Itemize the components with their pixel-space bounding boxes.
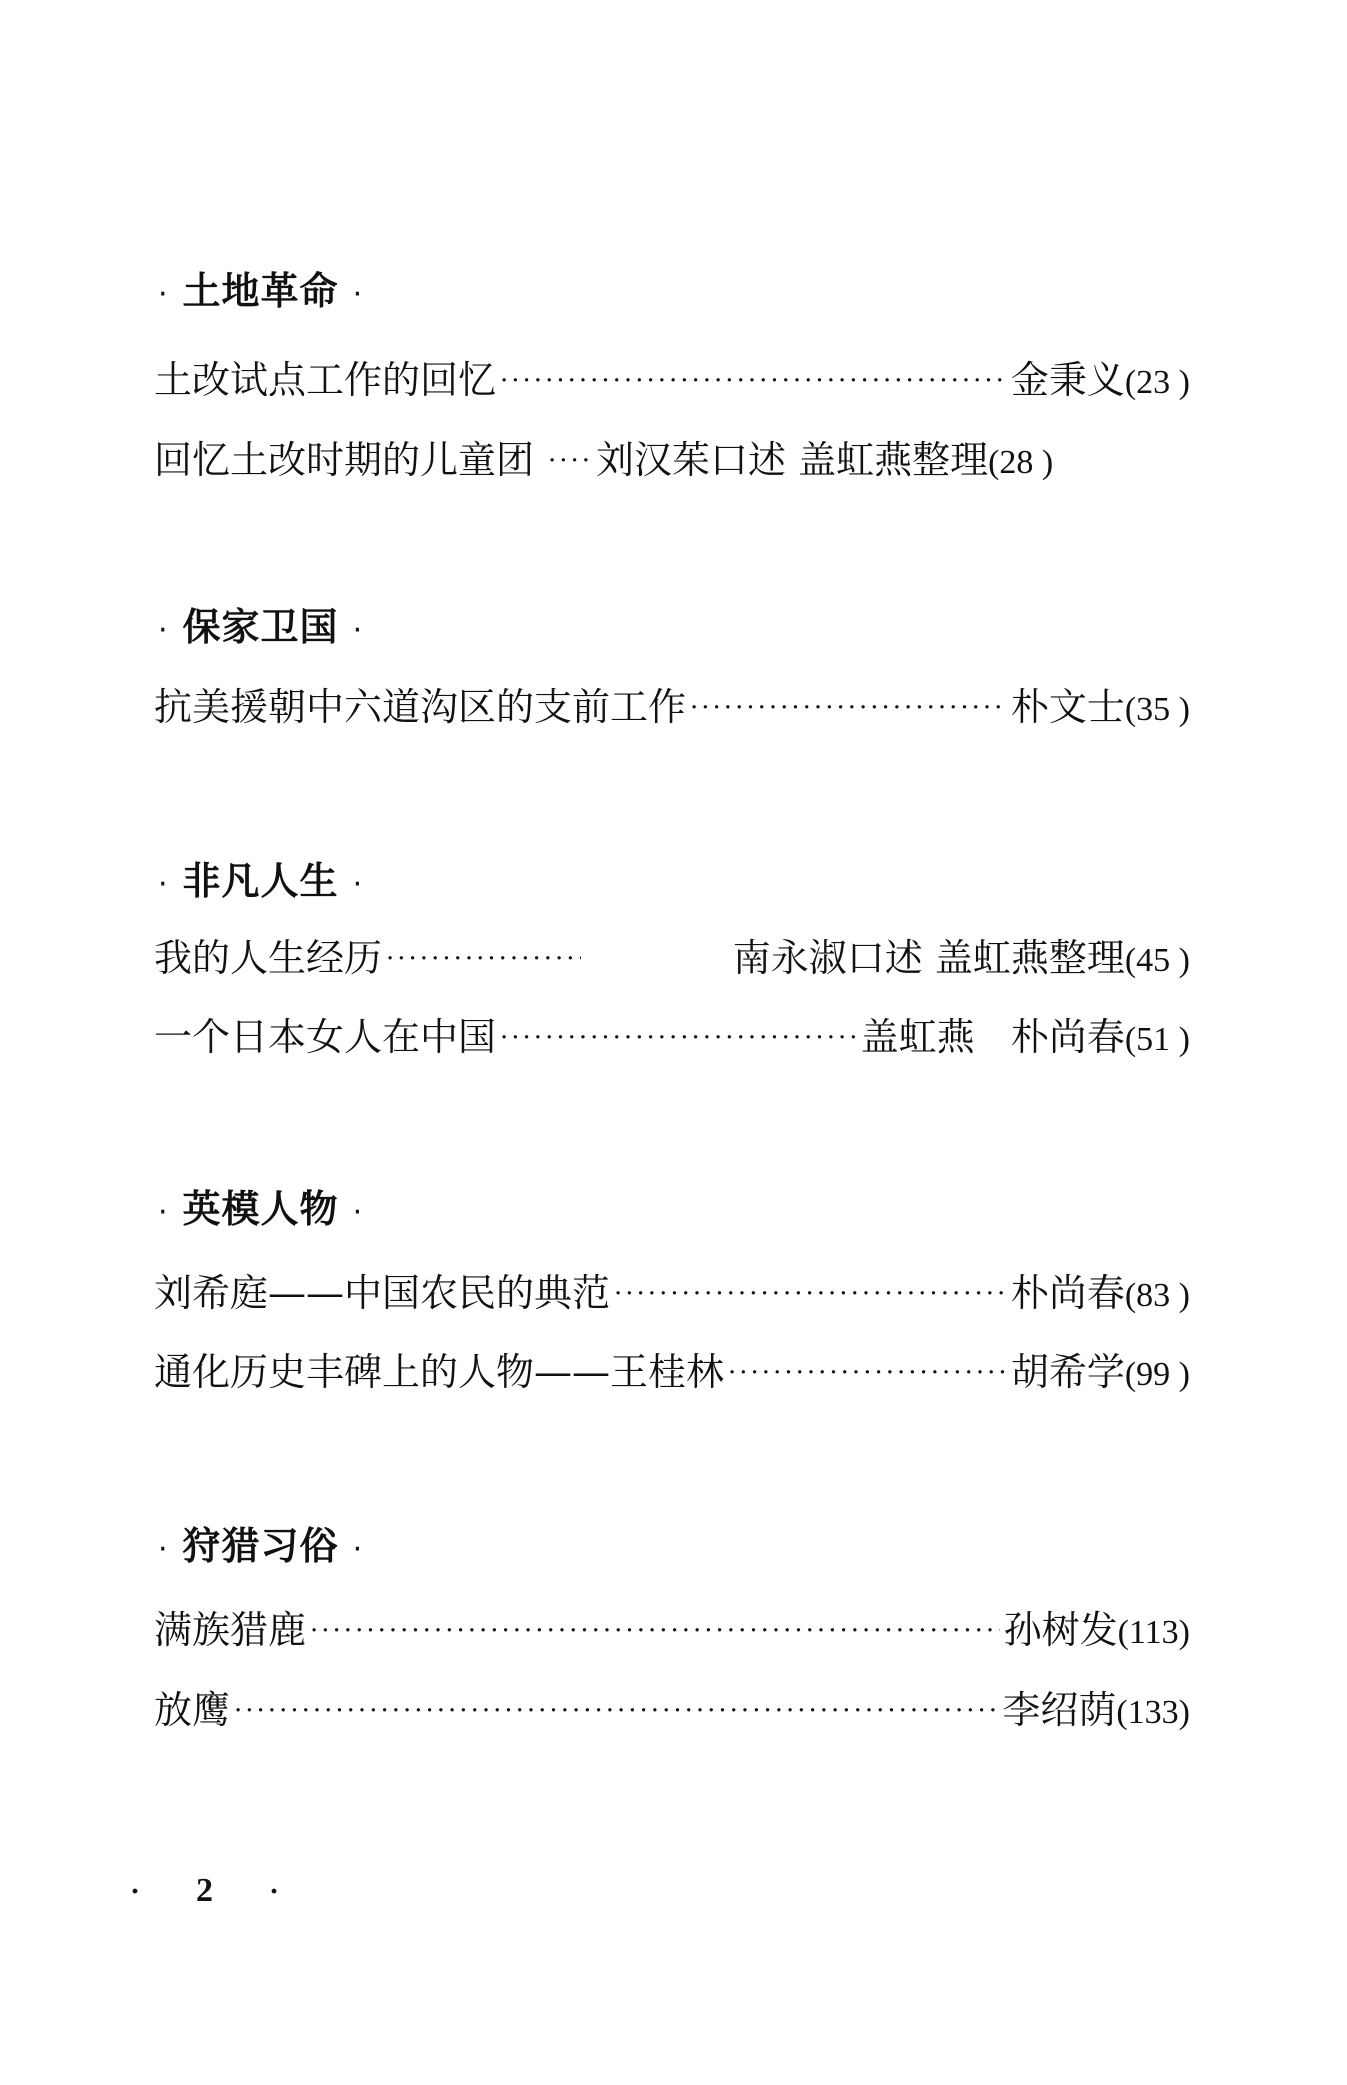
toc-entry[interactable]: 抗美援朝中六道沟区的支前工作 朴文士 (35 ) bbox=[154, 682, 1190, 732]
entry-author: 金秉义 bbox=[1011, 355, 1125, 405]
entry-author: 胡希学 bbox=[1011, 1347, 1125, 1397]
dot-leader bbox=[500, 1008, 857, 1048]
section-heading: ·土地革命· bbox=[158, 268, 377, 318]
table-of-contents-page: ·土地革命· 土改试点工作的回忆 金秉义 (23 ) 回忆土改时期的儿童团 刘汉… bbox=[0, 0, 1347, 2085]
entry-author: 南永淑口述 盖虹燕整理 bbox=[733, 933, 1125, 983]
entry-page-number: (83 ) bbox=[1125, 1271, 1190, 1321]
entry-author: 李绍荫 bbox=[1002, 1685, 1116, 1735]
heading-dot: · bbox=[353, 1527, 364, 1573]
section-heading-text: 土地革命 bbox=[183, 269, 339, 313]
section-heading-text: 非凡人生 bbox=[183, 859, 339, 903]
section-heading-text: 狩猎习俗 bbox=[183, 1524, 339, 1568]
page-number-footer: ·2· bbox=[130, 1868, 279, 1915]
entry-author: 盖虹燕 朴尚春 bbox=[861, 1012, 1125, 1062]
section-heading-text: 保家卫国 bbox=[183, 605, 339, 649]
dot-leader bbox=[500, 351, 1007, 391]
toc-entry[interactable]: 回忆土改时期的儿童团 刘汉茱口述 盖虹燕整理 (28 ) bbox=[154, 435, 1190, 485]
entry-title: 抗美援朝中六道沟区的支前工作 bbox=[154, 682, 686, 732]
entry-title: 土改试点工作的回忆 bbox=[154, 355, 496, 405]
dot-leader bbox=[234, 1681, 998, 1721]
heading-dot: · bbox=[353, 862, 364, 908]
dot-leader bbox=[310, 1601, 1000, 1641]
entry-author: 刘汉茱口述 盖虹燕整理 bbox=[596, 435, 988, 485]
section-heading: ·非凡人生· bbox=[158, 858, 377, 908]
entry-title: 放鹰 bbox=[154, 1685, 230, 1735]
folio-dot: · bbox=[130, 1869, 140, 1915]
folio-dot: · bbox=[269, 1869, 279, 1915]
dot-leader bbox=[548, 431, 592, 471]
heading-dot: · bbox=[158, 272, 169, 318]
entry-title: 我的人生经历 bbox=[154, 933, 382, 983]
entry-author: 孙树发 bbox=[1004, 1605, 1118, 1655]
entry-page-number: (99 ) bbox=[1125, 1350, 1190, 1400]
page-number: 2 bbox=[196, 1868, 213, 1914]
heading-dot: · bbox=[353, 272, 364, 318]
entry-page-number: (23 ) bbox=[1125, 358, 1190, 408]
entry-title: 满族猎鹿 bbox=[154, 1605, 306, 1655]
entry-page-number: (35 ) bbox=[1125, 685, 1190, 735]
heading-dot: · bbox=[353, 608, 364, 654]
section-heading: ·狩猎习俗· bbox=[158, 1523, 377, 1573]
dot-leader bbox=[614, 1264, 1007, 1304]
section-heading: ·英模人物· bbox=[158, 1186, 377, 1236]
toc-entry[interactable]: 通化历史丰碑上的人物——王桂林 胡希学 (99 ) bbox=[154, 1347, 1190, 1397]
section-heading: ·保家卫国· bbox=[158, 604, 377, 654]
entry-page-number: (45 ) bbox=[1125, 936, 1190, 986]
entry-title: 一个日本女人在中国 bbox=[154, 1012, 496, 1062]
entry-title: 刘希庭——中国农民的典范 bbox=[154, 1268, 610, 1318]
entry-author: 朴尚春 bbox=[1011, 1268, 1125, 1318]
heading-dot: · bbox=[158, 1527, 169, 1573]
heading-dot: · bbox=[158, 1190, 169, 1236]
entry-author: 朴文士 bbox=[1011, 682, 1125, 732]
toc-entry[interactable]: 土改试点工作的回忆 金秉义 (23 ) bbox=[154, 355, 1190, 405]
heading-dot: · bbox=[158, 608, 169, 654]
heading-dot: · bbox=[158, 862, 169, 908]
toc-entry[interactable]: 放鹰 李绍荫 (133) bbox=[154, 1685, 1190, 1735]
section-heading-text: 英模人物 bbox=[183, 1187, 339, 1231]
heading-dot: · bbox=[353, 1190, 364, 1236]
entry-page-number: (51 ) bbox=[1125, 1015, 1190, 1065]
toc-entry[interactable]: 刘希庭——中国农民的典范 朴尚春 (83 ) bbox=[154, 1268, 1190, 1318]
entry-title: 通化历史丰碑上的人物——王桂林 bbox=[154, 1347, 724, 1397]
entry-page-number: (133) bbox=[1116, 1688, 1190, 1738]
entry-title: 回忆土改时期的儿童团 bbox=[154, 435, 534, 485]
toc-entry[interactable]: 满族猎鹿 孙树发 (113) bbox=[154, 1605, 1190, 1655]
entry-page-number: (28 ) bbox=[988, 438, 1053, 488]
toc-entry[interactable]: 我的人生经历 南永淑口述 盖虹燕整理 (45 ) bbox=[154, 933, 1190, 983]
toc-entry[interactable]: 一个日本女人在中国 盖虹燕 朴尚春 (51 ) bbox=[154, 1012, 1190, 1062]
entry-page-number: (113) bbox=[1118, 1608, 1190, 1658]
dot-leader bbox=[728, 1343, 1007, 1383]
dot-leader bbox=[690, 678, 1007, 718]
dot-leader bbox=[386, 929, 581, 969]
